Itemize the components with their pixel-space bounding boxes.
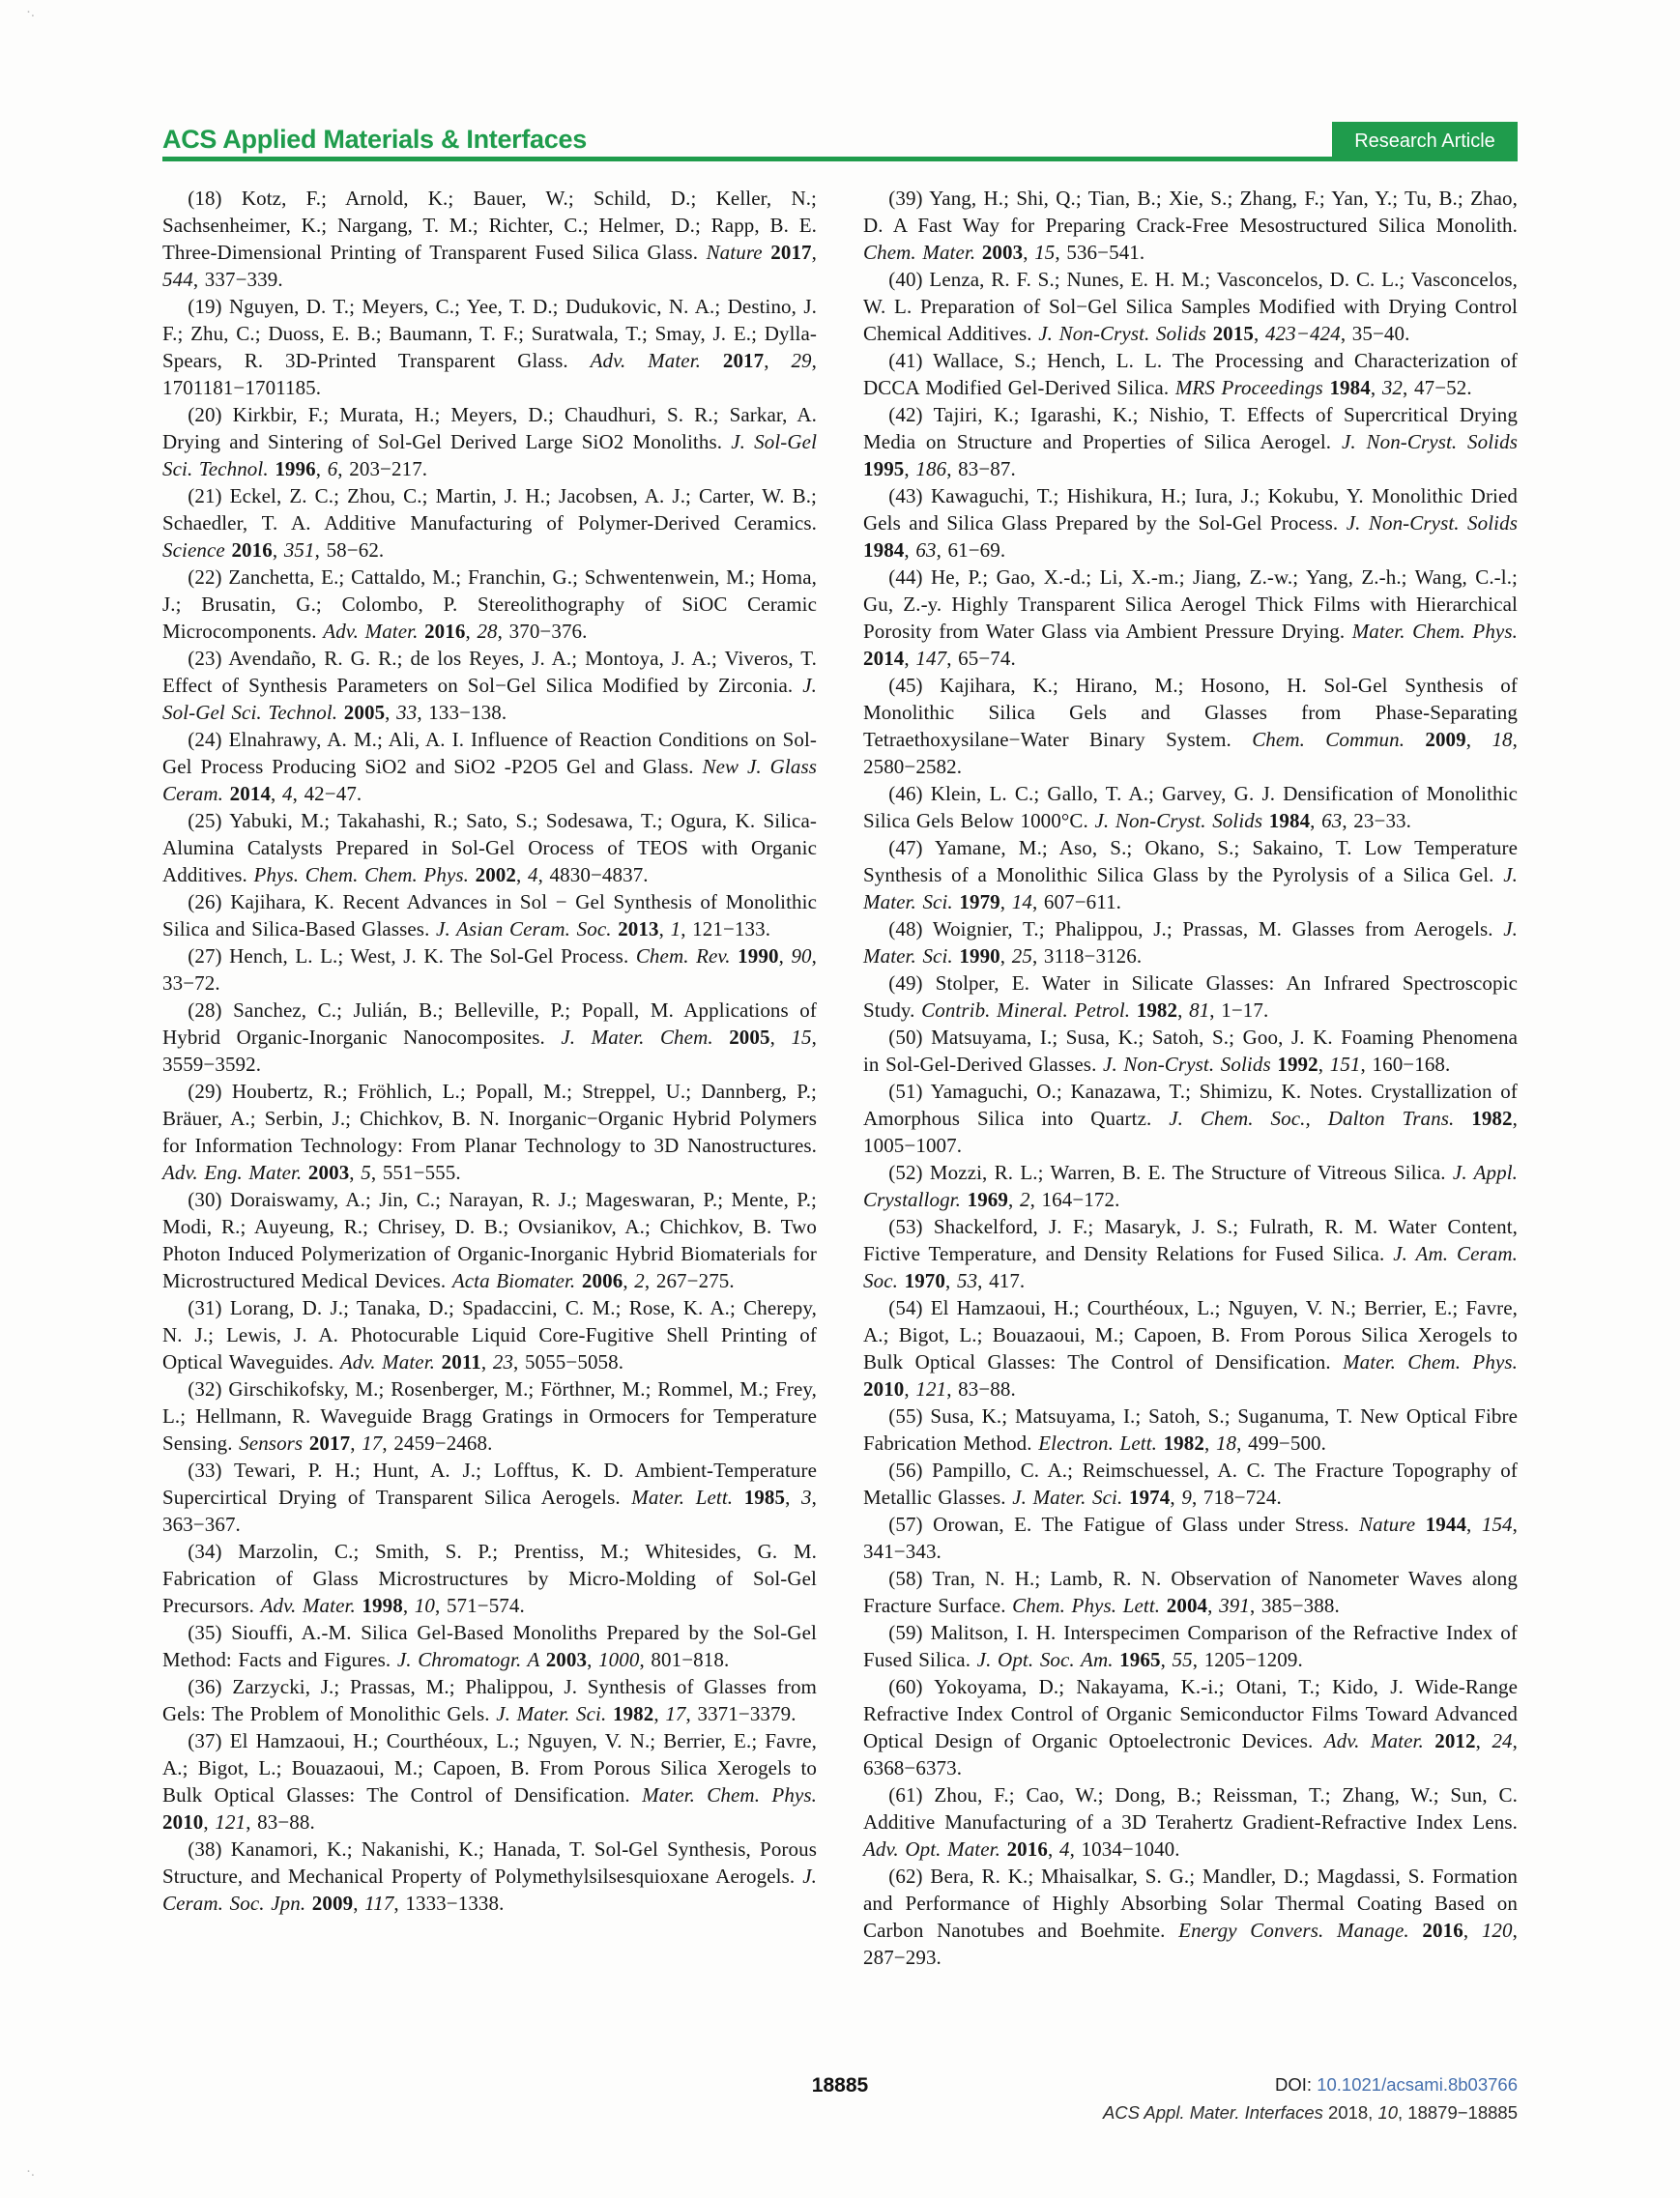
ref-column-left: (18) Kotz, F.; Arnold, K.; Bauer, W.; Sc… bbox=[162, 185, 817, 1971]
doi-line: DOI: 10.1021/acsami.8b03766 bbox=[1103, 2070, 1518, 2098]
reference-item: (20) Kirkbir, F.; Murata, H.; Meyers, D.… bbox=[162, 401, 817, 482]
reference-item: (60) Yokoyama, D.; Nakayama, K.-i.; Otan… bbox=[863, 1673, 1518, 1781]
reference-item: (40) Lenza, R. F. S.; Nunes, E. H. M.; V… bbox=[863, 266, 1518, 347]
ref-column-right: (39) Yang, H.; Shi, Q.; Tian, B.; Xie, S… bbox=[863, 185, 1518, 1971]
reference-item: (49) Stolper, E. Water in Silicate Glass… bbox=[863, 969, 1518, 1024]
reference-item: (22) Zanchetta, E.; Cattaldo, M.; Franch… bbox=[162, 564, 817, 645]
reference-item: (58) Tran, N. H.; Lamb, R. N. Observatio… bbox=[863, 1565, 1518, 1619]
page: ACS Applied Materials & Interfaces Resea… bbox=[0, 0, 1680, 2198]
reference-item: (24) Elnahrawy, A. M.; Ali, A. I. Influe… bbox=[162, 726, 817, 807]
reference-item: (55) Susa, K.; Matsuyama, I.; Satoh, S.;… bbox=[863, 1403, 1518, 1457]
reference-item: (61) Zhou, F.; Cao, W.; Dong, B.; Reissm… bbox=[863, 1781, 1518, 1863]
reference-item: (47) Yamane, M.; Aso, S.; Okano, S.; Sak… bbox=[863, 834, 1518, 915]
journal-citation: ACS Appl. Mater. Interfaces 2018, 10, 18… bbox=[1103, 2098, 1518, 2126]
reference-item: (44) He, P.; Gao, X.-d.; Li, X.-m.; Jian… bbox=[863, 564, 1518, 672]
footer-right: DOI: 10.1021/acsami.8b03766 ACS Appl. Ma… bbox=[1103, 2070, 1518, 2126]
reference-item: (51) Yamaguchi, O.; Kanazawa, T.; Shimiz… bbox=[863, 1078, 1518, 1159]
reference-item: (41) Wallace, S.; Hench, L. L. The Proce… bbox=[863, 347, 1518, 401]
reference-item: (43) Kawaguchi, T.; Hishikura, H.; Iura,… bbox=[863, 482, 1518, 564]
reference-item: (53) Shackelford, J. F.; Masaryk, J. S.;… bbox=[863, 1213, 1518, 1294]
reference-item: (37) El Hamzaoui, H.; Courthéoux, L.; Ng… bbox=[162, 1727, 817, 1836]
reference-item: (48) Woignier, T.; Phalippou, J.; Prassa… bbox=[863, 915, 1518, 969]
reference-item: (38) Kanamori, K.; Nakanishi, K.; Hanada… bbox=[162, 1836, 817, 1917]
header-rule bbox=[162, 157, 1518, 161]
reference-item: (18) Kotz, F.; Arnold, K.; Bauer, W.; Sc… bbox=[162, 185, 817, 293]
reference-item: (39) Yang, H.; Shi, Q.; Tian, B.; Xie, S… bbox=[863, 185, 1518, 266]
references-section: (18) Kotz, F.; Arnold, K.; Bauer, W.; Sc… bbox=[162, 185, 1518, 1971]
reference-item: (31) Lorang, D. J.; Tanaka, D.; Spadacci… bbox=[162, 1294, 817, 1375]
reference-item: (30) Doraiswamy, A.; Jin, C.; Narayan, R… bbox=[162, 1186, 817, 1294]
reference-item: (29) Houbertz, R.; Fröhlich, L.; Popall,… bbox=[162, 1078, 817, 1186]
scan-artifact: ·. bbox=[26, 2167, 35, 2177]
reference-item: (23) Avendaño, R. G. R.; de los Reyes, J… bbox=[162, 645, 817, 726]
reference-item: (35) Siouffi, A.-M. Silica Gel-Based Mon… bbox=[162, 1619, 817, 1673]
doi-link[interactable]: 10.1021/acsami.8b03766 bbox=[1317, 2074, 1518, 2095]
scan-artifact: ·. bbox=[26, 8, 35, 17]
reference-item: (33) Tewari, P. H.; Hunt, A. J.; Lofftus… bbox=[162, 1457, 817, 1538]
reference-item: (54) El Hamzaoui, H.; Courthéoux, L.; Ng… bbox=[863, 1294, 1518, 1403]
research-article-badge: Research Article bbox=[1332, 122, 1518, 161]
reference-item: (42) Tajiri, K.; Igarashi, K.; Nishio, T… bbox=[863, 401, 1518, 482]
reference-item: (32) Girschikofsky, M.; Rosenberger, M.;… bbox=[162, 1375, 817, 1457]
reference-item: (36) Zarzycki, J.; Prassas, M.; Phalippo… bbox=[162, 1673, 817, 1727]
reference-item: (27) Hench, L. L.; West, J. K. The Sol-G… bbox=[162, 942, 817, 997]
reference-item: (45) Kajihara, K.; Hirano, M.; Hosono, H… bbox=[863, 672, 1518, 780]
reference-item: (56) Pampillo, C. A.; Reimschuessel, A. … bbox=[863, 1457, 1518, 1511]
reference-item: (34) Marzolin, C.; Smith, S. P.; Prentis… bbox=[162, 1538, 817, 1619]
reference-item: (19) Nguyen, D. T.; Meyers, C.; Yee, T. … bbox=[162, 293, 817, 401]
reference-item: (26) Kajihara, K. Recent Advances in Sol… bbox=[162, 888, 817, 942]
reference-item: (50) Matsuyama, I.; Susa, K.; Satoh, S.;… bbox=[863, 1024, 1518, 1078]
reference-item: (21) Eckel, Z. C.; Zhou, C.; Martin, J. … bbox=[162, 482, 817, 564]
reference-item: (52) Mozzi, R. L.; Warren, B. E. The Str… bbox=[863, 1159, 1518, 1213]
reference-item: (46) Klein, L. C.; Gallo, T. A.; Garvey,… bbox=[863, 780, 1518, 834]
reference-item: (57) Orowan, E. The Fatigue of Glass und… bbox=[863, 1511, 1518, 1565]
reference-item: (59) Malitson, I. H. Interspecimen Compa… bbox=[863, 1619, 1518, 1673]
reference-item: (25) Yabuki, M.; Takahashi, R.; Sato, S.… bbox=[162, 807, 817, 888]
doi-label: DOI: bbox=[1275, 2074, 1317, 2095]
journal-title: ACS Applied Materials & Interfaces bbox=[162, 125, 587, 154]
reference-item: (28) Sanchez, C.; Julián, B.; Belleville… bbox=[162, 997, 817, 1078]
reference-item: (62) Bera, R. K.; Mhaisalkar, S. G.; Man… bbox=[863, 1863, 1518, 1971]
